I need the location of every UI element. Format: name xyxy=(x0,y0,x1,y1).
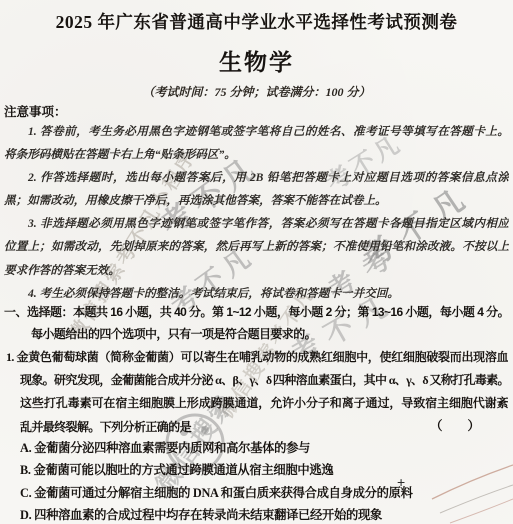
document-content: 2025 年广东省普通高中学业水平选择性考试预测卷 生物学 （考试时间：75 分… xyxy=(0,0,513,524)
notice-line: 黑；如需改动，用橡皮擦干净后，再选涂其他答案，答案不能答在试卷上。 xyxy=(4,189,509,212)
notice-line: 位置上；如需改动，先划掉原来的答案，然后再写上新的答案；不准使用铅笔和涂改液。不… xyxy=(4,235,509,258)
question-text-line: 1. 金黄色葡萄球菌（简称金葡菌）可以寄生在哺乳动物的成熟红细胞中，使红细胞破裂… xyxy=(4,346,508,369)
notice-list: 1. 答卷前，考生务必用黑色字迹钢笔或签字笔将自己的姓名、准考证号等填写在答题卡… xyxy=(4,120,509,305)
option-line: A. 金葡菌分泌四种溶血素需要内质网和高尔基体的参与 xyxy=(20,437,508,459)
option-list: A. 金葡菌分泌四种溶血素需要内质网和高尔基体的参与 B. 金葡菌可能以胞吐的方… xyxy=(20,437,508,524)
question-text-line: 现象。研究发现，金葡菌能合成并分泌 α、β、γ、δ 四种溶血素蛋白，其中 α、γ… xyxy=(4,369,508,392)
answer-bracket: （ ） xyxy=(430,416,480,434)
option-line: C. 金葡菌可通过分解宿主细胞的 DNA 和蛋白质来获得合成自身成分的原料 xyxy=(20,482,508,504)
exam-paper-page: 考不凡 考不凡 考不凡 考不凡 考 考 考不凡 微信搜索考不凡小程序 微信搜索考… xyxy=(0,0,513,524)
section-heading-line: 每小题给出的四个选项中，只有一项是符合题目要求的。 xyxy=(4,323,509,345)
notice-line: 2. 作答选择题时，选出每小题答案后，用 2B 铅笔把答题卡上对应题目选项的答案… xyxy=(4,166,509,189)
option-line: B. 金葡菌可能以胞吐的方式通过跨膜通道从宿主细胞中逃逸 xyxy=(20,459,508,481)
notice-line: 要求作答的答案无效。 xyxy=(4,259,509,282)
question-text-line: 这些打孔毒素可在宿主细胞膜上形成跨膜通道，允许小分子和离子通过，导致宿主细胞代谢… xyxy=(4,392,508,415)
option-line: D. 四种溶血素的合成过程中均存在转录尚未结束翻译已经开始的现象 xyxy=(20,504,508,524)
section-heading: 一、选择题：本题共 16 小题，共 40 分。第 1~12 小题，每小题 2 分… xyxy=(4,301,509,345)
notice-heading: 注意事项： xyxy=(4,102,67,120)
paper-title: 2025 年广东省普通高中学业水平选择性考试预测卷 xyxy=(0,9,513,34)
section-heading-line: 一、选择题：本题共 16 小题，共 40 分。第 1~12 小题，每小题 2 分… xyxy=(4,301,509,323)
notice-line: 3. 非选择题必须用黑色字迹钢笔或签字笔作答，答案必须写在答题卡各题目指定区域内… xyxy=(4,212,509,235)
notice-line: 1. 答卷前，考生务必用黑色字迹钢笔或签字笔将自己的姓名、准考证号等填写在答题卡… xyxy=(4,120,509,143)
exam-info-line: （考试时间：75 分钟；试卷满分：100 分） xyxy=(0,83,513,100)
subject-title: 生物学 xyxy=(0,44,513,77)
notice-line: 将条形码横贴在答题卡右上角“贴条形码区”。 xyxy=(4,143,509,166)
